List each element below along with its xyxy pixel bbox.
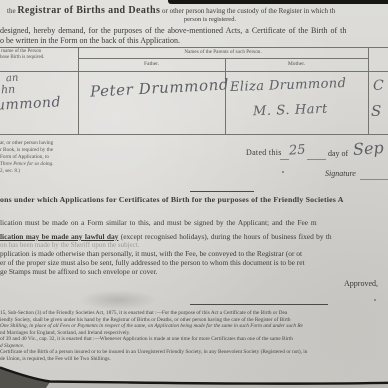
footnote-line-7: Certificate of the Birth of a person ins…	[0, 350, 307, 356]
conditions-paragraph-6: ge Stamps must be affixed to such envelo…	[0, 268, 158, 276]
scanned-document-page: the Registrar of Births and Deaths or ot…	[0, 0, 388, 388]
registrar-title: Registrar of Births and Deaths	[17, 5, 160, 16]
form-line: o be written in the Form on the back of …	[0, 37, 180, 45]
person-name-fragment-2: hn	[1, 84, 16, 96]
margin-note-line-2: r Book, is required by the	[0, 148, 53, 153]
mother-maiden-name-handwriting: M. S. Hart	[253, 103, 328, 119]
margin-note-line-4: Three Pence for so doing.	[0, 162, 54, 167]
dated-blank-1	[280, 159, 289, 160]
person-col-header-line2: hose Birth is required.	[0, 55, 44, 60]
scan-edge-bottom-shape	[0, 362, 388, 388]
table-border-header-bottom	[0, 71, 388, 72]
dated-this-label: Dated this	[246, 149, 282, 157]
margin-note-line-5: 2, sec. 8.)	[0, 169, 20, 174]
parents-header: Names of the Parents of such Person.	[78, 50, 368, 55]
father-header: Father.	[78, 62, 225, 68]
right-col-fragment-2: S	[371, 104, 381, 119]
table-divider-person	[78, 47, 79, 134]
person-col-header-line1: rname of the Person	[1, 49, 41, 54]
footnote-line-1: 15, Sub-Section (3) of the Friendly Soci…	[0, 311, 287, 317]
day-handwriting: 25	[289, 143, 306, 157]
table-border-top	[0, 47, 388, 48]
paper-speck-1	[282, 171, 284, 173]
margin-note-line-3: Form of Application, to	[0, 155, 49, 160]
month-handwriting: Sep	[352, 140, 384, 158]
conditions-paragraph-2-underlined: lication may be made any lawful day	[0, 232, 118, 241]
day-of-label: day of	[328, 150, 348, 158]
father-name-handwriting: Peter Drummond	[90, 77, 230, 99]
section-rule-2	[190, 304, 328, 305]
scan-edge-bottom	[0, 362, 388, 388]
table-divider-right	[368, 47, 369, 134]
footnote-line-5: of 39 and 40 Vic., cap. 32, it is enacte…	[0, 337, 293, 343]
table-border-bottom	[0, 134, 388, 135]
footnote-line-3: One Shilling, in place of all Fees or Pa…	[0, 324, 303, 330]
section-rule-1	[190, 191, 254, 192]
paper-speck-2	[374, 299, 376, 301]
scan-edge-top	[168, 0, 388, 4]
demand-line: designed, hereby demand, for the purpose…	[0, 27, 346, 35]
conditions-paragraph-2-rest: (except recognised holidays), during the…	[118, 232, 331, 241]
header-prefix: the	[7, 7, 17, 15]
conditions-paragraph-2: lication may be made any lawful day (exc…	[0, 233, 332, 241]
mother-header: Mother.	[225, 62, 368, 68]
approved-label: Approved,	[344, 280, 378, 288]
conditions-paragraph-1: lication must be made on a Form similar …	[0, 219, 317, 227]
table-divider-father-mother	[225, 58, 226, 134]
dated-blank-2	[307, 159, 326, 160]
conditions-heading: ons under which Applications for Certifi…	[0, 196, 344, 204]
signature-label: Signature	[325, 170, 356, 178]
ink-smudge	[78, 290, 158, 310]
margin-note-line-1: ar, or other person having	[0, 141, 53, 146]
table-border-parents	[78, 58, 368, 59]
right-col-fragment-1: C	[373, 79, 384, 93]
conditions-paragraph-4: pplication is made otherwise than person…	[0, 250, 302, 258]
conditions-paragraph-5: er of the proper size must also be sent,…	[0, 259, 305, 267]
header-address-line: the Registrar of Births and Deaths or ot…	[7, 6, 335, 17]
mother-name-handwriting: Eliza Drummond	[230, 77, 347, 94]
signature-blank	[360, 179, 388, 180]
header-rest: or other person having the custody of th…	[160, 7, 335, 15]
person-name-fragment-3: ummond	[0, 95, 61, 112]
registered-line: person is registered.	[150, 17, 270, 24]
